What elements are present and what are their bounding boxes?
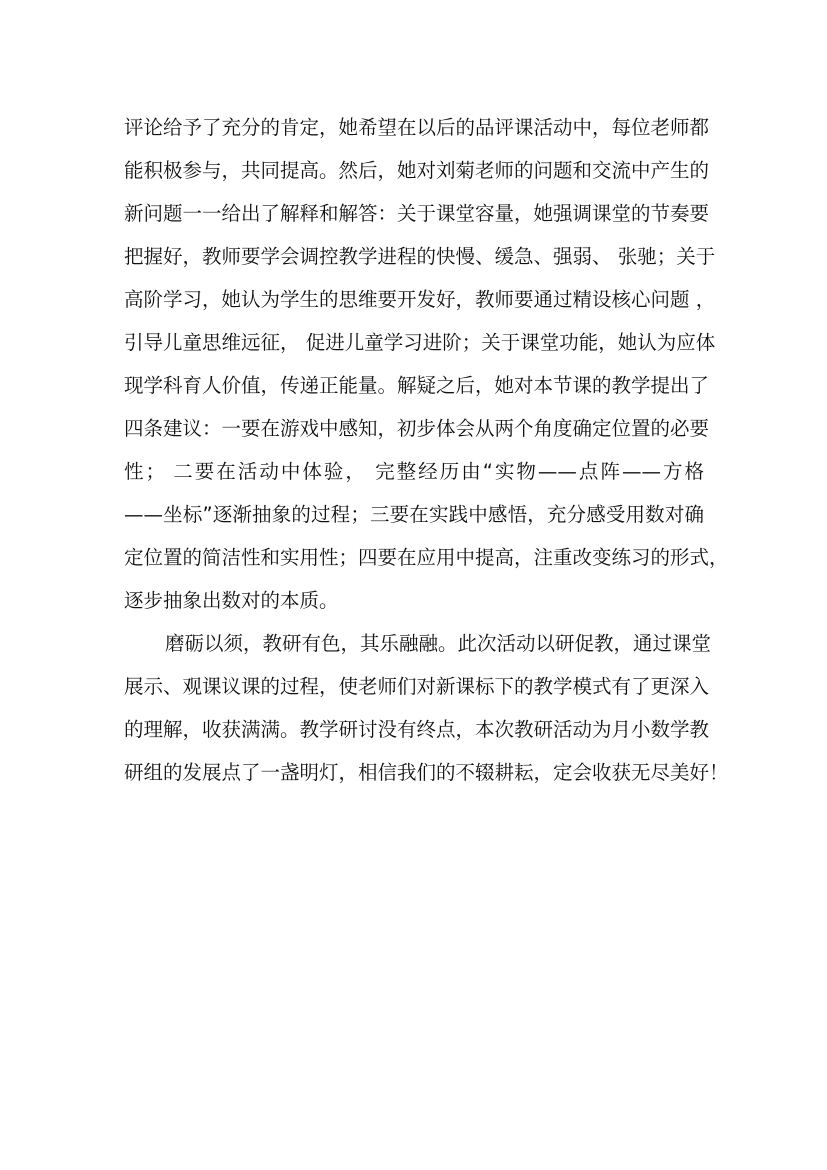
text-line: 把握好，教师要学会调控教学进程的快慢、缓急、强弱、 张驰；关于 <box>124 235 704 278</box>
text-line: 逐步抽象出数对的本质。 <box>124 579 704 622</box>
text-line: 高阶学习，她认为学生的思维要开发好，教师要通过精设核心问题 ， <box>124 278 704 321</box>
document-body: 评论给予了充分的肯定，她希望在以后的品评课活动中，每位老师都 能积极参与，共同提… <box>124 106 704 794</box>
text-line: ——坐标”逐渐抽象的过程；三要在实践中感悟，充分感受用数对确 <box>124 493 704 536</box>
text-line: 定位置的简洁性和实用性；四要在应用中提高，注重改变练习的形式， <box>124 536 704 579</box>
text-line: 新问题一一给出了解释和解答：关于课堂容量，她强调课堂的节奏要 <box>124 192 704 235</box>
paragraph-2: 磨砺以须，教研有色，其乐融融。此次活动以研促教，通过课堂 展示、观课议课的过程，… <box>124 622 704 794</box>
text-line: 四条建议：一要在游戏中感知，初步体会从两个角度确定位置的必要 <box>124 407 704 450</box>
text-line: 引导儿童思维远征， 促进儿童学习进阶；关于课堂功能，她认为应体 <box>124 321 704 364</box>
text-line: 研组的发展点了一盏明灯，相信我们的不辍耕耘，定会收获无尽美好！ <box>124 751 704 794</box>
text-line: 现学科育人价值，传递正能量。解疑之后，她对本节课的教学提出了 <box>124 364 704 407</box>
text-line: 评论给予了充分的肯定，她希望在以后的品评课活动中，每位老师都 <box>124 106 704 149</box>
text-line: 磨砺以须，教研有色，其乐融融。此次活动以研促教，通过课堂 <box>124 622 704 665</box>
text-line: 能积极参与，共同提高。然后，她对刘菊老师的问题和交流中产生的 <box>124 149 704 192</box>
paragraph-1: 评论给予了充分的肯定，她希望在以后的品评课活动中，每位老师都 能积极参与，共同提… <box>124 106 704 622</box>
text-line: 的理解，收获满满。教学研讨没有终点，本次教研活动为月小数学教 <box>124 708 704 751</box>
text-line: 性； 二要在活动中体验， 完整经历由“实物——点阵——方格 <box>124 450 704 493</box>
text-line: 展示、观课议课的过程，使老师们对新课标下的教学模式有了更深入 <box>124 665 704 708</box>
document-page: 评论给予了充分的肯定，她希望在以后的品评课活动中，每位老师都 能积极参与，共同提… <box>0 0 827 1170</box>
